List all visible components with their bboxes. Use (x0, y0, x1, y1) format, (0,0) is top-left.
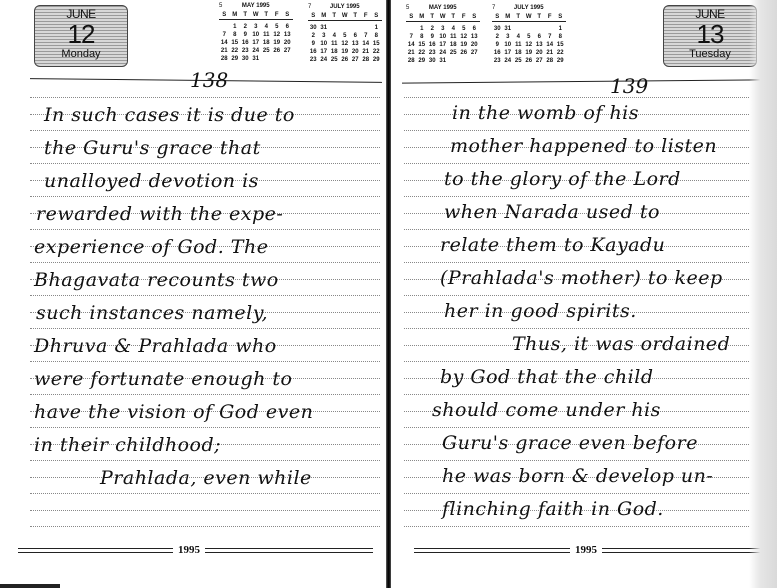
handwritten-line: should come under his (432, 399, 661, 421)
ruled-line (404, 262, 749, 263)
calendar-day: 24 (438, 49, 449, 57)
ruled-line (30, 97, 380, 98)
handwritten-line: have the vision of God even (34, 401, 313, 423)
calendar-day: 27 (469, 49, 480, 57)
calendar-weekday: S (219, 11, 230, 20)
calendar-day: 23 (308, 56, 319, 64)
calendar-day (329, 24, 340, 32)
calendar-weekday: S (371, 12, 382, 21)
calendar-day: 22 (371, 48, 382, 56)
calendar-day: 31 (438, 57, 449, 65)
handwritten-line: experience of God. The (34, 236, 268, 258)
left-diary-page: JUNE 12 Monday 5MAY 1995SMTWTFS123456789… (0, 0, 390, 588)
calendar-day: 30 (492, 25, 503, 33)
calendar-day: 6 (469, 25, 480, 33)
ruled-line (30, 394, 380, 395)
calendar-day: 1 (555, 25, 566, 33)
handwritten-line: Guru's grace even before (442, 432, 698, 454)
handwritten-line: flinching faith in God. (442, 498, 664, 520)
handwritten-line: the Guru's grace that (44, 137, 261, 159)
calendar-weekday: T (513, 13, 524, 22)
ruled-line (30, 460, 380, 461)
calendar-weekday: W (340, 12, 351, 21)
calendar-day: 10 (251, 31, 262, 39)
calendar-weekday: T (261, 11, 272, 20)
calendar-day: 2 (308, 32, 319, 40)
ruled-line (404, 97, 749, 98)
ruled-line (404, 460, 749, 461)
handwritten-line: Bhagavata recounts two (34, 269, 279, 291)
date-day: 13 (664, 21, 756, 47)
calendar-day: 11 (261, 31, 272, 39)
calendar-weekday: S (492, 13, 503, 22)
page-edge-shadow (0, 584, 60, 588)
ruled-line (30, 328, 380, 329)
ruled-line (404, 328, 749, 329)
calendar-day: 25 (261, 47, 272, 55)
calendar-day: 31 (503, 25, 514, 33)
calendar-day: 7 (406, 33, 417, 41)
calendar-day: 14 (406, 41, 417, 49)
header-rule (402, 79, 762, 83)
calendar-day: 4 (448, 25, 459, 33)
calendar-day: 26 (340, 56, 351, 64)
calendar-day: 12 (340, 40, 351, 48)
calendar-day: 22 (417, 49, 428, 57)
calendar-day: 7 (361, 32, 372, 40)
calendar-weekday: T (329, 12, 340, 21)
calendar-day: 6 (534, 33, 545, 41)
mini-calendar-july-1995: 7JULY 1995SMTWTFS30311234567891011121314… (492, 5, 566, 65)
calendar-day: 21 (219, 47, 230, 55)
calendar-day: 15 (230, 39, 241, 47)
calendar-day: 27 (350, 56, 361, 64)
calendar-day: 23 (427, 49, 438, 57)
ruled-line (404, 196, 749, 197)
calendar-weekday: S (469, 13, 480, 22)
calendar-day: 23 (240, 47, 251, 55)
ruled-line (404, 229, 749, 230)
calendar-day: 28 (545, 57, 556, 65)
ruled-line (30, 361, 380, 362)
calendar-header: 7JULY 1995 (492, 5, 566, 13)
ruled-line (404, 295, 749, 296)
page-edge-shadow (749, 0, 777, 588)
ruled-line (30, 427, 380, 428)
calendar-day: 8 (417, 33, 428, 41)
calendar-day: 17 (438, 41, 449, 49)
date-weekday: Tuesday (664, 48, 756, 60)
ruled-line (404, 526, 749, 527)
footer-rule (602, 548, 768, 553)
calendar-title: MAY 1995 (219, 3, 293, 9)
calendar-day: 30 (427, 57, 438, 65)
date-day: 12 (35, 21, 127, 47)
calendar-title: MAY 1995 (406, 5, 480, 11)
calendar-day: 28 (361, 56, 372, 64)
date-weekday: Monday (35, 48, 127, 60)
calendar-weekday: S (282, 11, 293, 20)
handwritten-line: by God that the child (440, 366, 653, 388)
calendar-day: 5 (524, 33, 535, 41)
calendar-day: 14 (361, 40, 372, 48)
calendar-month-index: 5 (406, 5, 409, 11)
calendar-day: 9 (240, 31, 251, 39)
calendar-day: 10 (319, 40, 330, 48)
calendar-day: 15 (371, 40, 382, 48)
footer-year: 1995 (173, 544, 205, 556)
calendar-day (350, 24, 361, 32)
ruled-line (404, 361, 749, 362)
calendar-day: 17 (503, 49, 514, 57)
ruled-line (30, 196, 380, 197)
calendar-day: 20 (350, 48, 361, 56)
calendar-day: 4 (329, 32, 340, 40)
calendar-day: 27 (534, 57, 545, 65)
calendar-day: 13 (469, 33, 480, 41)
calendar-day: 12 (272, 31, 283, 39)
calendar-day: 19 (524, 49, 535, 57)
calendar-header: 5MAY 1995 (219, 3, 293, 11)
calendar-day: 9 (492, 41, 503, 49)
calendar-day: 18 (448, 41, 459, 49)
handwritten-line: In such cases it is due to (44, 104, 295, 126)
page-number: 138 (190, 68, 228, 92)
calendar-weekday: T (427, 13, 438, 22)
calendar-day: 11 (448, 33, 459, 41)
calendar-day: 18 (329, 48, 340, 56)
calendar-day: 25 (448, 49, 459, 57)
calendar-day: 6 (282, 23, 293, 31)
calendar-day: 10 (503, 41, 514, 49)
calendar-day: 3 (319, 32, 330, 40)
calendar-header: 7JULY 1995 (308, 4, 382, 12)
calendar-day (448, 57, 459, 65)
calendar-weekday: W (251, 11, 262, 20)
calendar-day: 31 (319, 24, 330, 32)
calendar-day (545, 25, 556, 33)
calendar-day: 26 (524, 57, 535, 65)
footer-rule (18, 548, 173, 553)
calendar-day: 20 (282, 39, 293, 47)
handwritten-line: Thus, it was ordained (512, 333, 730, 355)
handwritten-line: Prahlada, even while (100, 467, 312, 489)
page-footer: 1995 (414, 544, 768, 556)
handwritten-line: when Narada used to (444, 201, 660, 223)
date-box-june-12: JUNE 12 Monday (34, 5, 128, 67)
calendar-day: 22 (555, 49, 566, 57)
calendar-day: 15 (417, 41, 428, 49)
calendar-day (219, 23, 230, 31)
calendar-day: 12 (459, 33, 470, 41)
calendar-day: 11 (329, 40, 340, 48)
handwritten-line: in their childhood; (34, 434, 221, 456)
handwritten-line: Dhruva & Prahlada who (34, 335, 277, 357)
calendar-day: 21 (361, 48, 372, 56)
calendar-day: 30 (240, 55, 251, 63)
calendar-header: 5MAY 1995 (406, 5, 480, 13)
handwritten-line: rewarded with the expe- (36, 203, 283, 225)
calendar-day: 17 (319, 48, 330, 56)
calendar-day: 31 (251, 55, 262, 63)
calendar-weekday: F (545, 13, 556, 22)
calendar-weekday: W (438, 13, 449, 22)
calendar-day: 2 (492, 33, 503, 41)
calendar-day: 3 (251, 23, 262, 31)
ruled-line (30, 262, 380, 263)
ruled-line (30, 510, 380, 511)
calendar-day: 21 (406, 49, 417, 57)
calendar-day: 26 (459, 49, 470, 57)
calendar-day: 1 (230, 23, 241, 31)
calendar-day: 29 (555, 57, 566, 65)
ruled-line (404, 163, 749, 164)
calendar-day: 18 (261, 39, 272, 47)
date-box-june-13: JUNE 13 Tuesday (663, 5, 757, 67)
calendar-day: 14 (545, 41, 556, 49)
handwritten-line: in the womb of his (452, 102, 639, 124)
calendar-weekday: T (448, 13, 459, 22)
calendar-day: 5 (272, 23, 283, 31)
calendar-day: 19 (340, 48, 351, 56)
page-number: 139 (610, 74, 648, 98)
calendar-day: 7 (545, 33, 556, 41)
calendar-weekday: S (555, 13, 566, 22)
calendar-day: 16 (427, 41, 438, 49)
calendar-day: 29 (371, 56, 382, 64)
calendar-day: 21 (545, 49, 556, 57)
calendar-day (361, 24, 372, 32)
calendar-day: 24 (319, 56, 330, 64)
calendar-day: 2 (240, 23, 251, 31)
calendar-day: 28 (406, 57, 417, 65)
calendar-month-index: 7 (308, 4, 311, 10)
calendar-day: 12 (524, 41, 535, 49)
footer-rule (205, 548, 373, 553)
calendar-day: 24 (251, 47, 262, 55)
page-footer: 1995 (18, 544, 373, 556)
calendar-day: 2 (427, 25, 438, 33)
calendar-day: 14 (219, 39, 230, 47)
calendar-day (534, 25, 545, 33)
calendar-day: 28 (219, 55, 230, 63)
ruled-line (30, 229, 380, 230)
mini-calendar-july-1995: 7JULY 1995SMTWTFS30311234567891011121314… (308, 4, 382, 64)
book-gutter (386, 0, 391, 588)
calendar-day (469, 57, 480, 65)
calendar-day: 20 (469, 41, 480, 49)
calendar-day: 3 (503, 33, 514, 41)
calendar-day (261, 55, 272, 63)
calendar-day: 9 (308, 40, 319, 48)
ruled-line (30, 493, 380, 494)
right-diary-page: 5MAY 1995SMTWTFS123456789101112131415161… (392, 0, 777, 588)
calendar-day: 19 (459, 41, 470, 49)
calendar-weekday: S (308, 12, 319, 21)
calendar-weekday: T (534, 13, 545, 22)
handwritten-line: relate them to Kayadu (440, 234, 665, 256)
footer-rule (414, 548, 570, 553)
handwritten-line: such instances namely, (36, 302, 268, 324)
ruled-line (404, 394, 749, 395)
calendar-day: 16 (308, 48, 319, 56)
calendar-day: 8 (230, 31, 241, 39)
mini-calendar-may-1995: 5MAY 1995SMTWTFS123456789101112131415161… (219, 3, 293, 63)
footer-year: 1995 (570, 544, 602, 556)
calendar-day: 8 (555, 33, 566, 41)
calendar-day: 1 (417, 25, 428, 33)
calendar-day: 16 (492, 49, 503, 57)
handwritten-line: he was born & develop un- (442, 465, 713, 487)
calendar-weekday: W (524, 13, 535, 22)
calendar-title: JULY 1995 (308, 4, 382, 10)
calendar-weekday: T (350, 12, 361, 21)
calendar-day: 19 (272, 39, 283, 47)
calendar-day: 30 (308, 24, 319, 32)
calendar-day (340, 24, 351, 32)
calendar-month-index: 7 (492, 5, 495, 11)
handwritten-line: unalloyed devotion is (44, 170, 259, 192)
calendar-day: 6 (350, 32, 361, 40)
calendar-weekday: F (272, 11, 283, 20)
calendar-day: 27 (282, 47, 293, 55)
calendar-weekday: F (459, 13, 470, 22)
calendar-day: 7 (219, 31, 230, 39)
calendar-day (272, 55, 283, 63)
calendar-weekday: F (361, 12, 372, 21)
calendar-day: 17 (251, 39, 262, 47)
handwritten-line: mother happened to listen (450, 135, 717, 157)
calendar-day (282, 55, 293, 63)
handwritten-line: to the glory of the Lord (444, 168, 681, 190)
ruled-line (30, 295, 380, 296)
ruled-line (404, 493, 749, 494)
calendar-day: 26 (272, 47, 283, 55)
calendar-day: 16 (240, 39, 251, 47)
calendar-day: 5 (459, 25, 470, 33)
calendar-day: 11 (513, 41, 524, 49)
calendar-day: 1 (371, 24, 382, 32)
calendar-weekday: M (230, 11, 241, 20)
ruled-line (30, 526, 380, 527)
calendar-day: 5 (340, 32, 351, 40)
calendar-day: 29 (417, 57, 428, 65)
ruled-line (30, 130, 380, 131)
calendar-day: 24 (503, 57, 514, 65)
calendar-day: 9 (427, 33, 438, 41)
calendar-day (406, 25, 417, 33)
handwritten-line: her in good spirits. (444, 300, 637, 322)
ruled-line (404, 130, 749, 131)
calendar-weekday: M (319, 12, 330, 21)
calendar-day: 22 (230, 47, 241, 55)
calendar-day: 3 (438, 25, 449, 33)
calendar-day: 13 (534, 41, 545, 49)
calendar-day: 25 (513, 57, 524, 65)
calendar-day: 4 (513, 33, 524, 41)
calendar-day: 8 (371, 32, 382, 40)
ruled-line (30, 163, 380, 164)
calendar-day: 13 (282, 31, 293, 39)
calendar-day: 13 (350, 40, 361, 48)
calendar-day: 4 (261, 23, 272, 31)
mini-calendar-may-1995: 5MAY 1995SMTWTFS123456789101112131415161… (406, 5, 480, 65)
calendar-day (513, 25, 524, 33)
calendar-day: 20 (534, 49, 545, 57)
calendar-day: 23 (492, 57, 503, 65)
calendar-day: 15 (555, 41, 566, 49)
calendar-day (524, 25, 535, 33)
handwritten-line: (Prahlada's mother) to keep (440, 267, 723, 289)
calendar-day: 18 (513, 49, 524, 57)
calendar-weekday: M (417, 13, 428, 22)
calendar-month-index: 5 (219, 3, 222, 9)
calendar-title: JULY 1995 (492, 5, 566, 11)
calendar-weekday: S (406, 13, 417, 22)
ruled-line (404, 427, 749, 428)
calendar-day: 25 (329, 56, 340, 64)
handwritten-line: were fortunate enough to (34, 368, 292, 390)
calendar-day: 29 (230, 55, 241, 63)
calendar-weekday: T (240, 11, 251, 20)
calendar-weekday: M (503, 13, 514, 22)
calendar-day (459, 57, 470, 65)
calendar-day: 10 (438, 33, 449, 41)
